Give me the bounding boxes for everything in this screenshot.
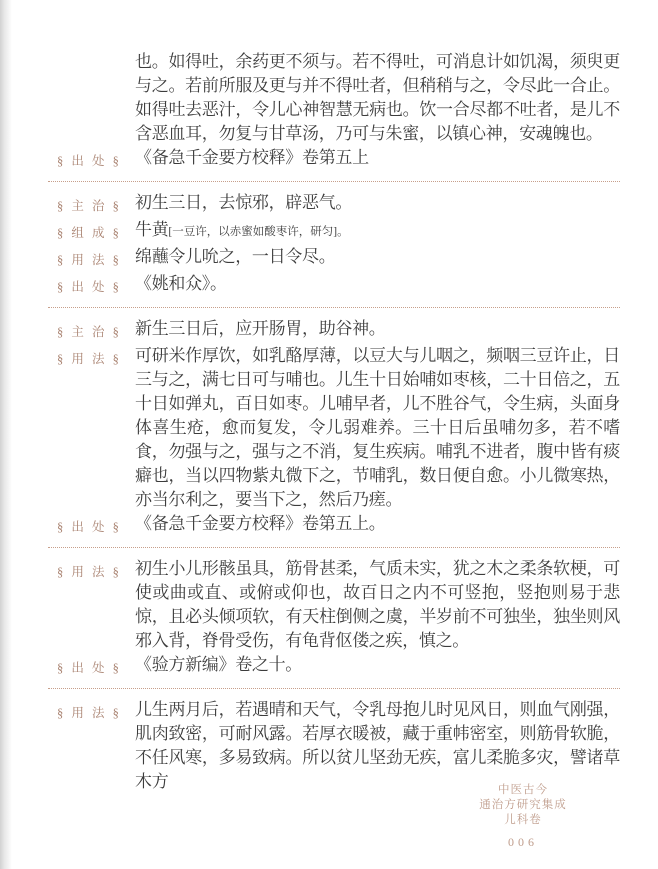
field-label-indication: § 主 治 § bbox=[57, 317, 135, 344]
section-separator bbox=[48, 547, 620, 548]
book-title-line2: 通治方研究集成 bbox=[443, 798, 603, 813]
field-label-usage: § 用 法 § bbox=[57, 557, 135, 584]
row-composition: § 组 成 § 牛黄[一豆许，以赤蜜如酸枣许，研匀]。 bbox=[57, 218, 620, 245]
field-label-composition: § 组 成 § bbox=[57, 218, 135, 245]
row-indication: § 主 治 § 初生三日，去惊邪，辟恶气。 bbox=[57, 191, 620, 218]
row-source: § 出 处 § 《验方新编》卷之十。 bbox=[57, 653, 620, 680]
source-text: 《备急千金要方校释》卷第五上 bbox=[135, 146, 620, 170]
field-label-usage: § 用 法 § bbox=[57, 245, 135, 272]
section-separator bbox=[48, 181, 620, 182]
field-label-indication: § 主 治 § bbox=[57, 191, 135, 218]
field-label-source: § 出 处 § bbox=[57, 146, 135, 173]
ingredient-name: 牛黄 bbox=[135, 220, 168, 239]
row-usage: § 用 法 § 绵蘸令儿吮之，一日令尽。 bbox=[57, 245, 620, 272]
usage-text: 儿生两月后，若遇晴和天气，令乳母抱儿时见风日，则血气刚强，肌肉致密，可耐风露。若… bbox=[135, 698, 620, 794]
ingredient-dosage-note: [一豆许，以赤蜜如酸枣许，研匀]。 bbox=[168, 226, 348, 238]
composition-text: 牛黄[一豆许，以赤蜜如酸枣许，研匀]。 bbox=[135, 218, 620, 244]
book-title-line1: 中医古今 bbox=[443, 783, 603, 798]
page-number: 006 bbox=[443, 835, 603, 850]
indication-text: 新生三日后，应开肠胃，助谷神。 bbox=[135, 317, 620, 341]
section-separator bbox=[48, 688, 620, 689]
row-usage: § 用 法 § 初生小儿形骸虽具，筋骨甚柔，气质未实，犹之木之柔条软梗，可使或曲… bbox=[57, 557, 620, 653]
field-label-usage: § 用 法 § bbox=[57, 698, 135, 725]
page-content: 也。如得吐，余药更不须与。若不得吐，可消息计如饥渴，须臾更与之。若前所服及更与并… bbox=[0, 0, 658, 794]
row-source: § 出 处 § 《备急千金要方校释》卷第五上。 bbox=[57, 512, 620, 539]
field-label-source: § 出 处 § bbox=[57, 512, 135, 539]
field-label-source: § 出 处 § bbox=[57, 653, 135, 680]
formula-entry-4: § 用 法 § 初生小儿形骸虽具，筋骨甚柔，气质未实，犹之木之柔条软梗，可使或曲… bbox=[57, 557, 620, 680]
formula-entry-5: § 用 法 § 儿生两月后，若遇晴和天气，令乳母抱儿时见风日，则血气刚强，肌肉致… bbox=[57, 698, 620, 794]
row-usage: § 用 法 § 可研米作厚饮，如乳酪厚薄，以豆大与儿咽之，频咽三豆许止，日三与之… bbox=[57, 344, 620, 512]
field-label-empty bbox=[57, 50, 135, 53]
body-text: 也。如得吐，余药更不须与。若不得吐，可消息计如饥渴，须臾更与之。若前所服及更与并… bbox=[135, 50, 620, 146]
book-footer: 中医古今 通治方研究集成 儿科卷 006 bbox=[443, 783, 603, 850]
usage-text: 绵蘸令儿吮之，一日令尽。 bbox=[135, 245, 620, 269]
source-text: 《姚和众》。 bbox=[135, 272, 620, 296]
row-usage: § 用 法 § 儿生两月后，若遇晴和天气，令乳母抱儿时见风日，则血气刚强，肌肉致… bbox=[57, 698, 620, 794]
formula-entry-3: § 主 治 § 新生三日后，应开肠胃，助谷神。 § 用 法 § 可研米作厚饮，如… bbox=[57, 317, 620, 539]
formula-entry-1: 也。如得吐，余药更不须与。若不得吐，可消息计如饥渴，须臾更与之。若前所服及更与并… bbox=[57, 50, 620, 173]
row-continuation: 也。如得吐，余药更不须与。若不得吐，可消息计如饥渴，须臾更与之。若前所服及更与并… bbox=[57, 50, 620, 146]
section-separator bbox=[48, 307, 620, 308]
row-source: § 出 处 § 《姚和众》。 bbox=[57, 272, 620, 299]
field-label-source: § 出 处 § bbox=[57, 272, 135, 299]
book-page: 也。如得吐，余药更不须与。若不得吐，可消息计如饥渴，须臾更与之。若前所服及更与并… bbox=[0, 0, 658, 869]
usage-text: 可研米作厚饮，如乳酪厚薄，以豆大与儿咽之，频咽三豆许止，日三与之，满七日可与哺也… bbox=[135, 344, 620, 512]
indication-text: 初生三日，去惊邪，辟恶气。 bbox=[135, 191, 620, 215]
book-title-line3: 儿科卷 bbox=[443, 813, 603, 828]
usage-text: 初生小儿形骸虽具，筋骨甚柔，气质未实，犹之木之柔条软梗，可使或曲或直、或俯或仰也… bbox=[135, 557, 620, 653]
source-text: 《验方新编》卷之十。 bbox=[135, 653, 620, 677]
source-text: 《备急千金要方校释》卷第五上。 bbox=[135, 512, 620, 536]
row-source: § 出 处 § 《备急千金要方校释》卷第五上 bbox=[57, 146, 620, 173]
field-label-usage: § 用 法 § bbox=[57, 344, 135, 371]
row-indication: § 主 治 § 新生三日后，应开肠胃，助谷神。 bbox=[57, 317, 620, 344]
formula-entry-2: § 主 治 § 初生三日，去惊邪，辟恶气。 § 组 成 § 牛黄[一豆许，以赤蜜… bbox=[57, 191, 620, 299]
